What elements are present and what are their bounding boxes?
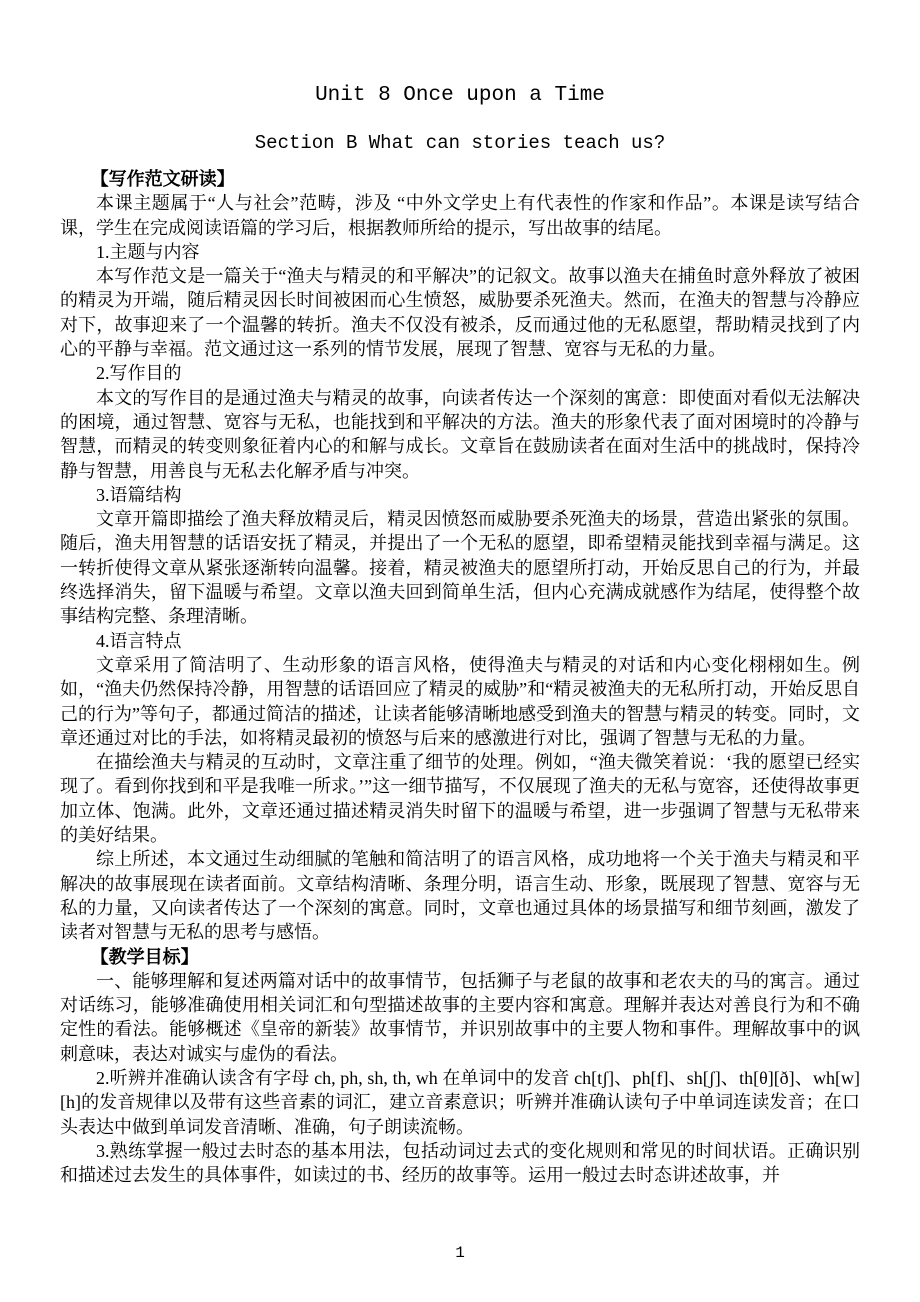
paragraph-summary: 综上所述，本文通过生动细腻的笔触和简洁明了的语言风格，成功地将一个关于渔夫与精灵… — [60, 847, 860, 944]
document-body: 【写作范文研读】 本课主题属于“人与社会”范畴，涉及 “中外文学史上有代表性的作… — [60, 167, 860, 1187]
paragraph-theme-overview: 本课主题属于“人与社会”范畴，涉及 “中外文学史上有代表性的作家和作品”。本课是… — [60, 191, 860, 240]
section-header-teaching-objectives: 【教学目标】 — [60, 945, 860, 969]
document-content: Unit 8 Once upon a Time Section B What c… — [60, 82, 860, 1187]
subheading-writing-purpose: 2.写作目的 — [60, 361, 860, 385]
subheading-language-features: 4.语言特点 — [60, 629, 860, 653]
section-header-writing-model-analysis: 【写作范文研读】 — [60, 167, 860, 191]
paragraph-objective-3: 3.熟练掌握一般过去时态的基本用法，包括动词过去式的变化规则和常见的时间状语。正… — [60, 1139, 860, 1188]
paragraph-text-structure: 文章开篇即描绘了渔夫释放精灵后，精灵因愤怒而威胁要杀死渔夫的场景，营造出紧张的氛… — [60, 507, 860, 628]
subheading-text-structure: 3.语篇结构 — [60, 483, 860, 507]
paragraph-objective-1: 一、能够理解和复述两篇对话中的故事情节，包括狮子与老鼠的故事和老农夫的马的寓言。… — [60, 969, 860, 1066]
paragraph-language-features: 文章采用了简洁明了、生动形象的语言风格，使得渔夫与精灵的对话和内心变化栩栩如生。… — [60, 653, 860, 750]
unit-title: Unit 8 Once upon a Time — [60, 82, 860, 109]
paragraph-writing-purpose: 本文的写作目的是通过渔夫与精灵的故事，向读者传达一个深刻的寓意：即使面对看似无法… — [60, 386, 860, 483]
section-title: Section B What can stories teach us? — [60, 131, 860, 156]
paragraph-theme-and-content: 本写作范文是一篇关于“渔夫与精灵的和平解决”的记叙文。故事以渔夫在捕鱼时意外释放… — [60, 264, 860, 361]
paragraph-objective-2: 2.听辨并准确认读含有字母 ch, ph, sh, th, wh 在单词中的发音… — [60, 1066, 860, 1139]
paragraph-detail-handling: 在描绘渔夫与精灵的互动时，文章注重了细节的处理。例如，“渔夫微笑着说：‘我的愿望… — [60, 750, 860, 847]
subheading-theme-and-content: 1.主题与内容 — [60, 240, 860, 264]
page-number: 1 — [0, 1244, 920, 1262]
document-page: Unit 8 Once upon a Time Section B What c… — [0, 0, 920, 1302]
